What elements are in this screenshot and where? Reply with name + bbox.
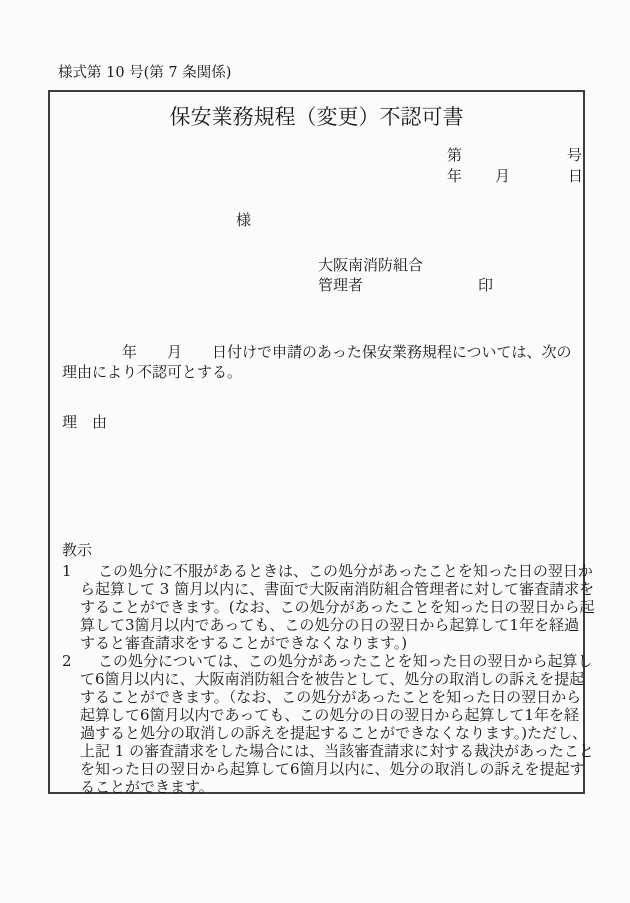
notice-item-number: 1 xyxy=(62,562,98,580)
date-month-label: 月 xyxy=(495,167,510,186)
document-title: 保安業務規程（変更）不認可書 xyxy=(50,101,583,131)
notice-heading: 教示 xyxy=(62,541,578,559)
notice-line: 算して3箇月以内であっても、この処分の日の翌日から起算して1年を経過 xyxy=(62,616,578,634)
doc-number-suffix: 号 xyxy=(567,146,582,165)
notice-line: 上記 1 の審査請求をした場合には、当該審査請求に対する裁決があったこと xyxy=(62,742,578,760)
notice-line: ら起算して 3 箇月以内に、書面で大阪南消防組合管理者に対して審査請求を xyxy=(62,580,578,598)
document-box: 保安業務規程（変更）不認可書 第 号 年 月 日 様 大阪南消防組合 管理者 印… xyxy=(48,90,585,794)
body-paragraph: 年 月 日付けで申請のあった保安業務規程については、次の 理由により不認可とする… xyxy=(62,342,578,382)
notice-line-text: この処分に不服があるときは、この処分があったことを知った日の翌日か xyxy=(98,562,593,580)
issuer-organization: 大阪南消防組合 xyxy=(318,256,423,275)
body-line: 理由により不認可とする。 xyxy=(62,362,578,382)
date-day-label: 日 xyxy=(568,167,583,186)
notice-line: 過すると処分の取消しの訴えを提起することができなくなります。)ただし、 xyxy=(62,724,578,742)
notice-items: 1この処分に不服があるときは、この処分があったことを知った日の翌日から起算して … xyxy=(62,562,578,796)
form-label: 様式第 10 号(第 7 条関係) xyxy=(58,61,231,82)
addressee-honorific: 様 xyxy=(236,211,251,230)
notice-line: 1この処分に不服があるときは、この処分があったことを知った日の翌日か xyxy=(62,562,578,580)
notice-item: 2この処分については、この処分があったことを知った日の翌日から起算して6箇月以内… xyxy=(62,652,578,796)
notice-line: て6箇月以内に、大阪南消防組合を被告として、処分の取消しの訴えを提起 xyxy=(62,670,578,688)
document-page: 様式第 10 号(第 7 条関係) 保安業務規程（変更）不認可書 第 号 年 月… xyxy=(0,0,630,903)
issuer-title: 管理者 xyxy=(318,276,363,295)
body-line: 年 月 日付けで申請のあった保安業務規程については、次の xyxy=(62,342,578,362)
notice-line: 2この処分については、この処分があったことを知った日の翌日から起算し xyxy=(62,652,578,670)
notice-line: を知った日の翌日から起算して6箇月以内に、処分の取消しの訴えを提起す xyxy=(62,760,578,778)
notice-line: することができます。（なお、この処分があったことを知った日の翌日から xyxy=(62,688,578,706)
doc-number-prefix: 第 xyxy=(447,146,462,165)
notice-line: ることができます。 xyxy=(62,778,578,796)
notice-line: することができます。(なお、この処分があったことを知った日の翌日から起 xyxy=(62,598,578,616)
notice-line: すると審査請求をすることができなくなります。) xyxy=(62,634,578,652)
notice-section: 教示 1この処分に不服があるときは、この処分があったことを知った日の翌日から起算… xyxy=(62,541,578,796)
notice-line: 起算して6箇月以内であっても、この処分の日の翌日から起算して1年を経 xyxy=(62,706,578,724)
notice-line-text: この処分については、この処分があったことを知った日の翌日から起算し xyxy=(98,652,593,670)
notice-item-number: 2 xyxy=(62,652,98,670)
seal-mark: 印 xyxy=(478,276,493,295)
date-year-label: 年 xyxy=(447,167,462,186)
reason-label: 理 由 xyxy=(62,411,107,432)
notice-item: 1この処分に不服があるときは、この処分があったことを知った日の翌日から起算して … xyxy=(62,562,578,652)
